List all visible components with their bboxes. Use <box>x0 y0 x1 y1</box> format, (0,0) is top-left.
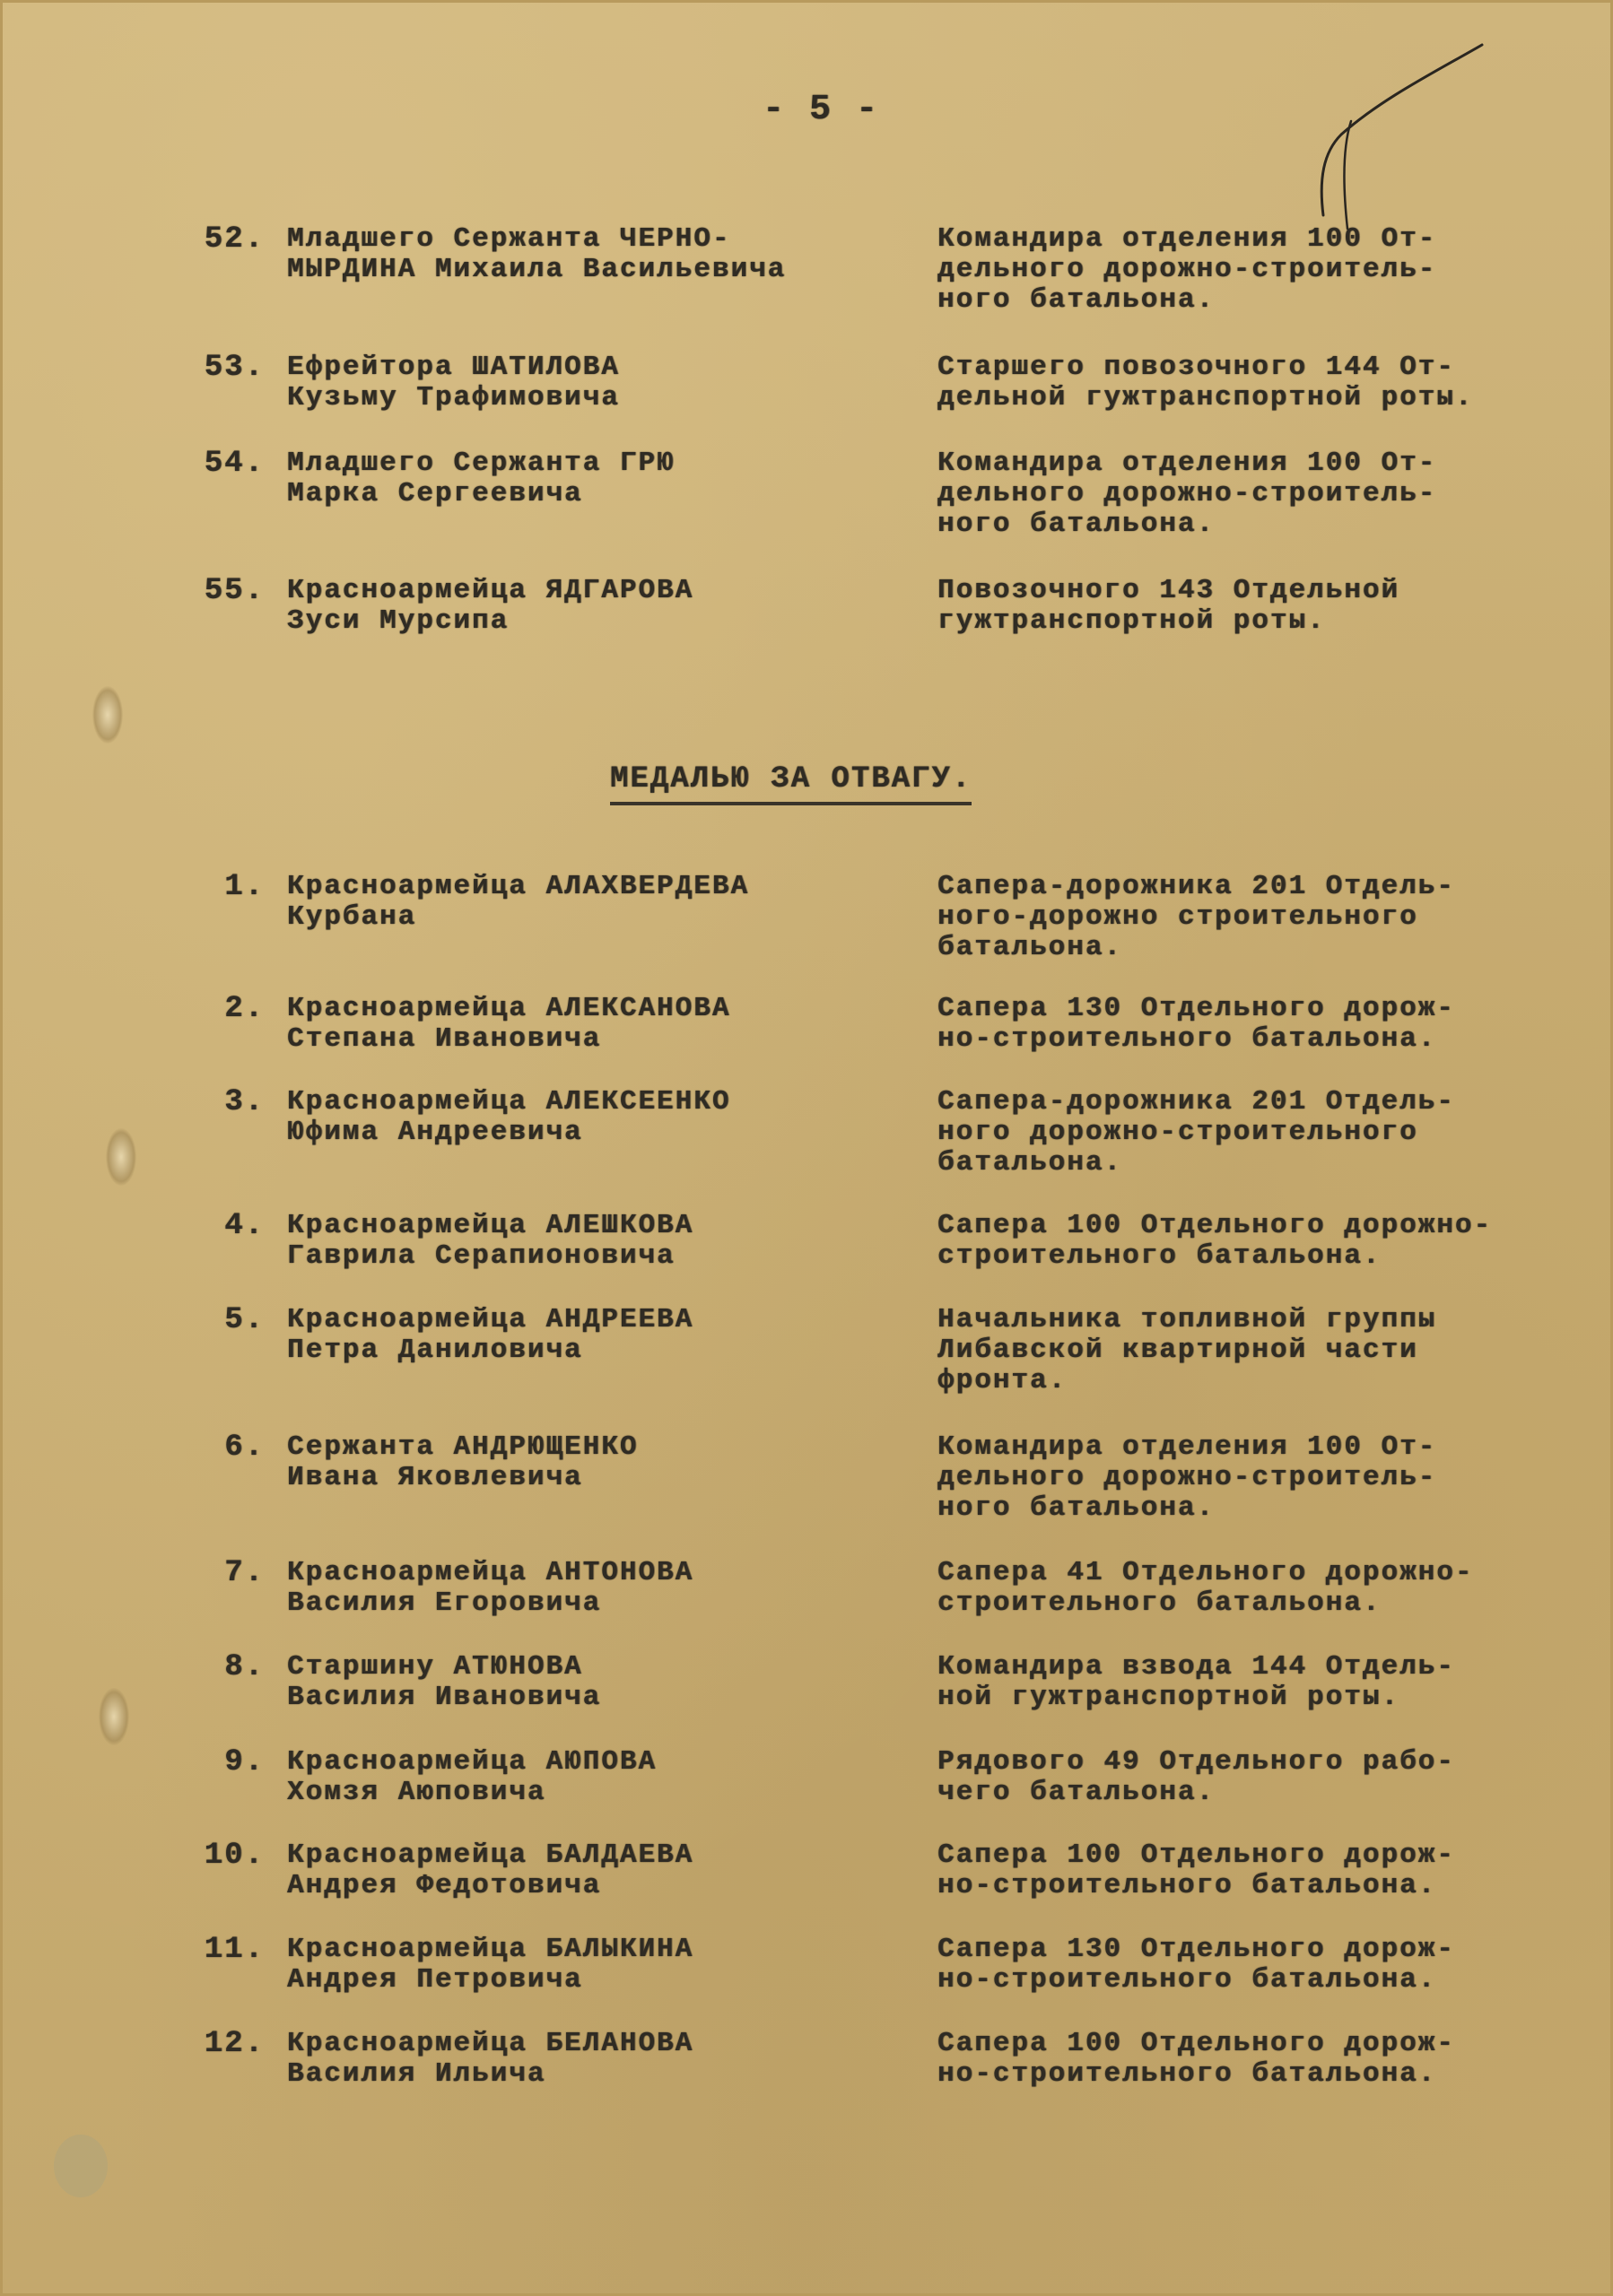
entry-number: 3. <box>184 1087 265 1118</box>
entry-name: Красноармейца АЛЕКСЕЕНКО Юфима Андреевич… <box>287 1087 897 1148</box>
entry-position: Сапера 100 Отдельного дорож- но-строител… <box>937 2029 1592 2090</box>
entry-position: Старшего повозочного 144 От- дельной гуж… <box>937 352 1592 413</box>
entry-number: 11. <box>184 1935 265 1965</box>
entry-number: 7. <box>184 1558 265 1588</box>
entry-position: Сапера 130 Отдельного дорож- но-строител… <box>937 1935 1592 1996</box>
entry-position: Сапера-дорожника 201 Отдель- ного дорожн… <box>937 1087 1592 1178</box>
entry-position: Сапера-дорожника 201 Отдель- ного-дорожн… <box>937 872 1592 963</box>
entry-position: Сапера 130 Отдельного дорож- но-строител… <box>937 994 1592 1055</box>
entry-number: 54. <box>184 448 265 479</box>
entry-number: 12. <box>184 2029 265 2059</box>
entry-number: 9. <box>184 1747 265 1778</box>
punch-hole-mark <box>92 686 123 744</box>
entry-name: Красноармейца ЯДГАРОВА Зуси Мурсипа <box>287 576 897 637</box>
entry-number: 5. <box>184 1305 265 1335</box>
entry-number: 4. <box>184 1211 265 1241</box>
entry-number: 2. <box>184 994 265 1024</box>
entry-position: Начальника топливной группы Либавской кв… <box>937 1305 1592 1396</box>
paper-stain <box>54 2135 108 2197</box>
entry-name: Красноармейца АЛЕШКОВА Гаврила Серапионо… <box>287 1211 897 1272</box>
entry-number: 8. <box>184 1652 265 1683</box>
entry-name: Красноармейца АЛЕКСАНОВА Степана Иванови… <box>287 994 897 1055</box>
page-number: - 5 - <box>763 90 879 130</box>
punch-hole-mark <box>99 1688 129 1745</box>
entry-position: Командира отделения 100 От- дельного дор… <box>937 1432 1592 1524</box>
entry-number: 55. <box>184 576 265 606</box>
entry-name: Младшего Сержанта ЧЕРНО- МЫРДИНА Михаила… <box>287 224 897 285</box>
entry-name: Красноармейца АНТОНОВА Василия Егоровича <box>287 1558 897 1619</box>
entry-name: Красноармейца БАЛЫКИНА Андрея Петровича <box>287 1935 897 1996</box>
entry-name: Младшего Сержанта ГРЮ Марка Сергеевича <box>287 448 897 509</box>
entry-position: Командира взвода 144 Отдель- ной гужтран… <box>937 1652 1592 1713</box>
entry-name: Красноармейца АНДРЕЕВА Петра Даниловича <box>287 1305 897 1366</box>
entry-position: Командира отделения 100 От- дельного дор… <box>937 224 1592 316</box>
entry-name: Красноармейца АЮПОВА Хомзя Аюповича <box>287 1747 897 1808</box>
entry-name: Старшину АТЮНОВА Василия Ивановича <box>287 1652 897 1713</box>
entry-name: Красноармейца БЕЛАНОВА Василия Ильича <box>287 2029 897 2090</box>
handwritten-mark <box>1274 36 1489 233</box>
punch-hole-mark <box>106 1128 136 1186</box>
entry-name: Ефрейтора ШАТИЛОВА Кузьму Трафимовича <box>287 352 897 413</box>
entry-position: Сапера 100 Отдельного дорожно- строитель… <box>937 1211 1592 1272</box>
entry-name: Красноармейца АЛАХВЕРДЕВА Курбана <box>287 872 897 933</box>
entry-number: 53. <box>184 352 265 383</box>
entry-position: Сапера 100 Отдельного дорож- но-строител… <box>937 1840 1592 1901</box>
section-title: МЕДАЛЬЮ ЗА ОТВАГУ. <box>610 762 972 805</box>
entry-position: Рядового 49 Отдельного рабо- чего баталь… <box>937 1747 1592 1808</box>
entry-number: 52. <box>184 224 265 255</box>
entry-number: 1. <box>184 872 265 902</box>
entry-position: Сапера 41 Отдельного дорожно- строительн… <box>937 1558 1592 1619</box>
entry-position: Повозочного 143 Отдельной гужтранспортно… <box>937 576 1592 637</box>
document-page: - 5 - 52. Младшего Сержанта ЧЕРНО- МЫРДИ… <box>0 0 1613 2296</box>
entry-name: Сержанта АНДРЮЩЕНКО Ивана Яковлевича <box>287 1432 897 1493</box>
entry-name: Красноармейца БАЛДАЕВА Андрея Федотовича <box>287 1840 897 1901</box>
entry-number: 10. <box>184 1840 265 1871</box>
entry-position: Командира отделения 100 От- дельного дор… <box>937 448 1592 540</box>
entry-number: 6. <box>184 1432 265 1463</box>
